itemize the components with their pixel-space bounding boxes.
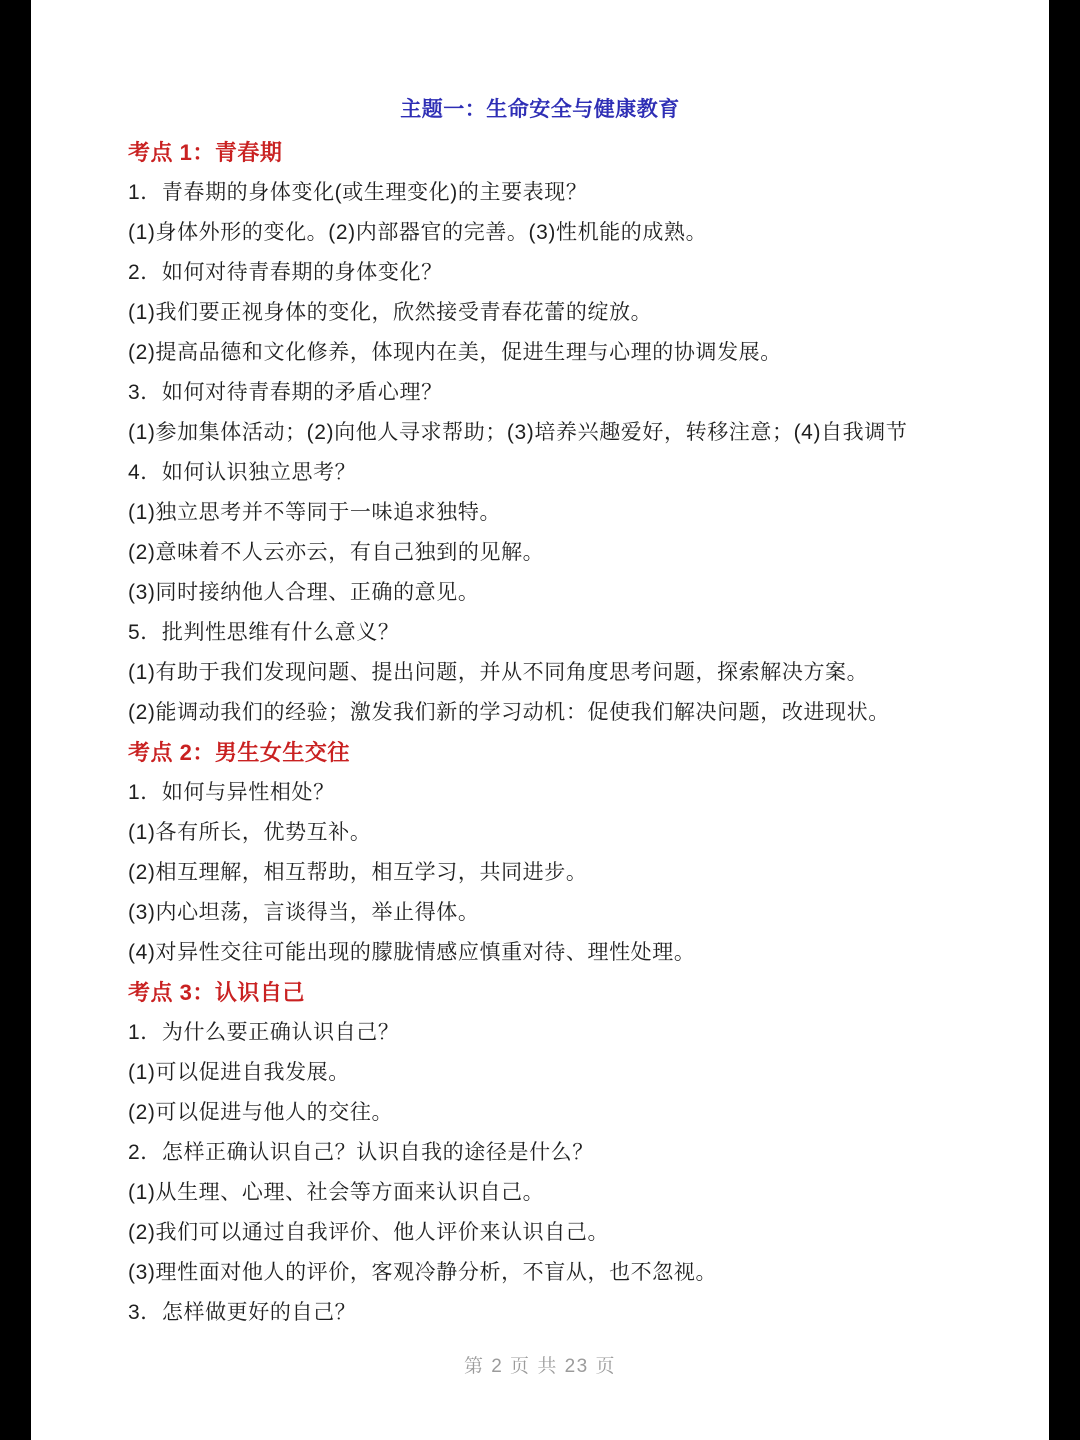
document-line: (1)独立思考并不等同于一味追求独特。 — [31, 493, 1049, 533]
document-line: (2)可以促进与他人的交往。 — [31, 1093, 1049, 1133]
document-line: 3．如何对待青春期的矛盾心理？ — [31, 373, 1049, 413]
document-line: 1．如何与异性相处？ — [31, 773, 1049, 813]
document-line: (1)可以促进自我发展。 — [31, 1053, 1049, 1093]
document-line: 1．为什么要正确认识自己？ — [31, 1013, 1049, 1053]
document-line: 1．青春期的身体变化(或生理变化)的主要表现？ — [31, 173, 1049, 213]
document-line: (2)能调动我们的经验；激发我们新的学习动机：促使我们解决问题，改进现状。 — [31, 693, 1049, 733]
document-line: (2)提高品德和文化修养，体现内在美，促进生理与心理的协调发展。 — [31, 333, 1049, 373]
document-line: (2)意味着不人云亦云，有自己独到的见解。 — [31, 533, 1049, 573]
document-line: 2．怎样正确认识自己？认识自我的途径是什么？ — [31, 1133, 1049, 1173]
document-line: 4．如何认识独立思考？ — [31, 453, 1049, 493]
document-line: (1)从生理、心理、社会等方面来认识自己。 — [31, 1173, 1049, 1213]
page-number-footer: 第 2 页 共 23 页 — [31, 1347, 1049, 1387]
document-page: 主题一：生命安全与健康教育 考点 1：青春期1．青春期的身体变化(或生理变化)的… — [31, 0, 1049, 1440]
document-line: (2)相互理解，相互帮助，相互学习，共同进步。 — [31, 853, 1049, 893]
letterbox-left — [0, 0, 31, 1440]
document-line: (1)各有所长，优势互补。 — [31, 813, 1049, 853]
section-heading: 考点 2：男生女生交往 — [31, 733, 1049, 773]
document-line: (4)对异性交往可能出现的朦胧情感应慎重对待、理性处理。 — [31, 933, 1049, 973]
document-line: (2)我们可以通过自我评价、他人评价来认识自己。 — [31, 1213, 1049, 1253]
section-heading: 考点 1：青春期 — [31, 133, 1049, 173]
document-line: (3)理性面对他人的评价，客观冷静分析，不盲从，也不忽视。 — [31, 1253, 1049, 1293]
document-line: (1)身体外形的变化。(2)内部器官的完善。(3)性机能的成熟。 — [31, 213, 1049, 253]
document-line: (1)有助于我们发现问题、提出问题，并从不同角度思考问题，探索解决方案。 — [31, 653, 1049, 693]
document-body: 考点 1：青春期1．青春期的身体变化(或生理变化)的主要表现？(1)身体外形的变… — [31, 133, 1049, 1333]
document-line: 2．如何对待青春期的身体变化？ — [31, 253, 1049, 293]
document-line: (3)同时接纳他人合理、正确的意见。 — [31, 573, 1049, 613]
section-heading: 考点 3：认识自己 — [31, 973, 1049, 1013]
document-line: (3)内心坦荡，言谈得当，举止得体。 — [31, 893, 1049, 933]
document-line: 3．怎样做更好的自己？ — [31, 1293, 1049, 1333]
document-line: (1)我们要正视身体的变化，欣然接受青春花蕾的绽放。 — [31, 293, 1049, 333]
letterbox-right — [1049, 0, 1080, 1440]
document-line: (1)参加集体活动；(2)向他人寻求帮助；(3)培养兴趣爱好，转移注意；(4)自… — [31, 413, 1049, 453]
page-title: 主题一：生命安全与健康教育 — [31, 90, 1049, 130]
document-line: 5．批判性思维有什么意义？ — [31, 613, 1049, 653]
